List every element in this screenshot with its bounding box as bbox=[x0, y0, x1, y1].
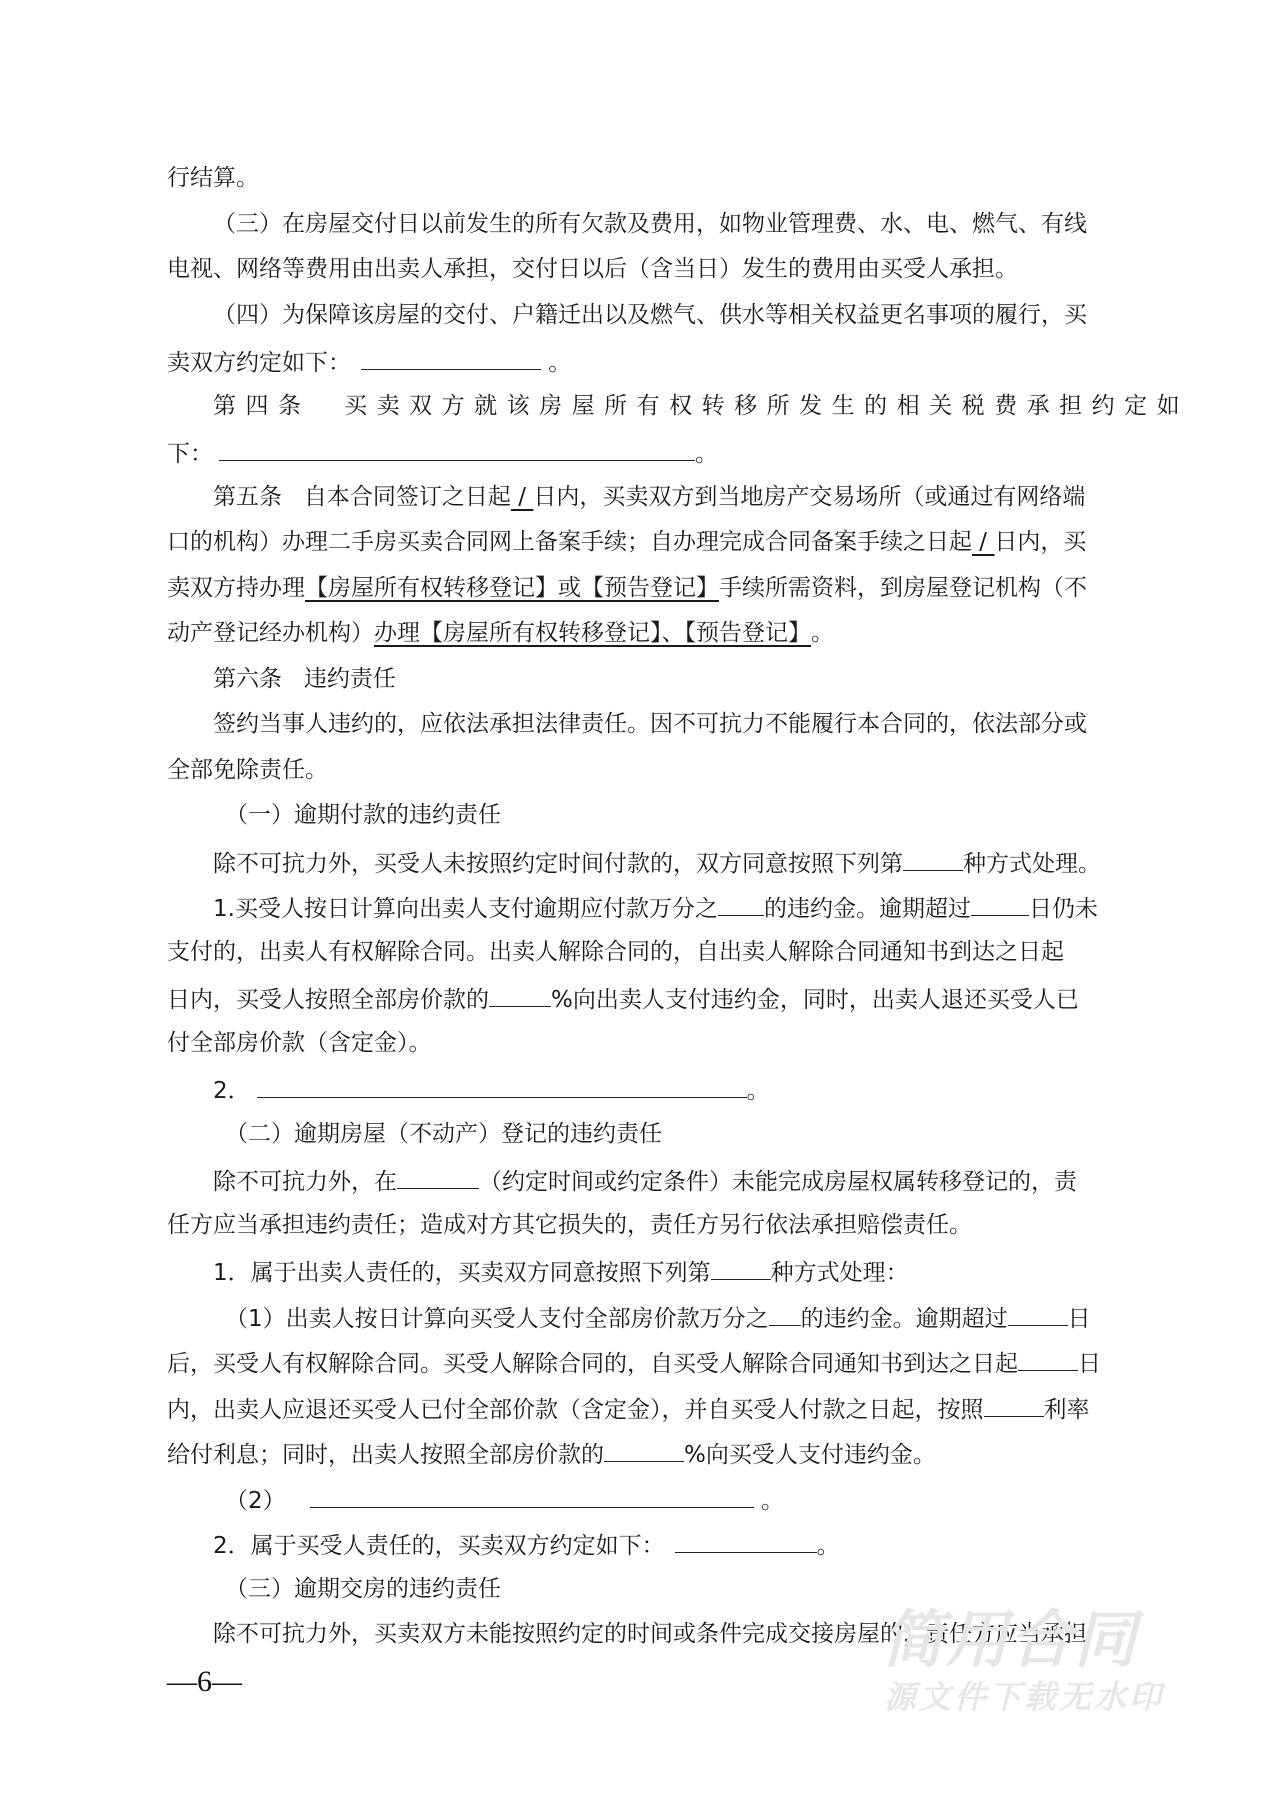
watermark-subtitle: 源文件下载无水印 bbox=[884, 1672, 1164, 1718]
text-segment: 。 bbox=[695, 437, 718, 471]
text-segment: 1.买受人按日计算向出卖人支付逾期应付款万分之 bbox=[213, 892, 718, 926]
text-segment: %向出卖人支付违约金，同时，出卖人退还买受人已 bbox=[551, 983, 1079, 1017]
fill-in-blank[interactable] bbox=[310, 1481, 754, 1508]
text-line: 第五条 自本合同签订之日起 / 日内，买卖双方到当地房产交易场所（或通过有网络端 bbox=[167, 480, 1113, 514]
text-segment: 除不可抗力外，买受人未按照约定时间付款的，双方同意按照下列第 bbox=[213, 847, 903, 881]
text-line: （2） 。 bbox=[167, 1481, 1113, 1515]
text-line: （三）逾期交房的违约责任 bbox=[167, 1572, 1113, 1606]
text-line: 卖双方持办理【房屋所有权转移登记】或【预告登记】手续所需资料，到房屋登记机构（不 bbox=[167, 571, 1113, 605]
fill-in-blank[interactable] bbox=[361, 343, 541, 370]
text-segment: 动产登记经办机构） bbox=[167, 616, 374, 650]
text-line: 1．属于出卖人责任的，买卖双方同意按照下列第种方式处理： bbox=[167, 1253, 1113, 1287]
text-segment: %向买受人支付违约金。 bbox=[684, 1438, 936, 1472]
text-segment: 除不可抗力外，在 bbox=[213, 1165, 397, 1199]
fill-in-blank[interactable] bbox=[257, 1071, 747, 1098]
text-segment: 的违约金。逾期超过 bbox=[801, 1302, 1008, 1336]
text-segment: 卖双方约定如下： bbox=[167, 346, 351, 380]
page-number: —6— bbox=[167, 1665, 242, 1699]
text-segment: （约定时间或约定条件）未能完成房屋权属转移登记的，责 bbox=[479, 1165, 1077, 1199]
text-segment: 。 bbox=[811, 616, 834, 650]
underlined-text: / bbox=[972, 525, 994, 559]
text-segment: 。 bbox=[817, 1529, 840, 1563]
text-line: 第四条 买卖双方就该房屋所有权转移所发生的相关税费承担约定如 bbox=[167, 389, 1113, 423]
text-line: 签约当事人违约的，应依法承担法律责任。因不可抗力不能履行本合同的，依法部分或 bbox=[167, 707, 1113, 741]
text-line: 1.买受人按日计算向出卖人支付逾期应付款万分之的违约金。逾期超过日仍未 bbox=[167, 889, 1113, 923]
text-line: 下：。 bbox=[167, 434, 1113, 468]
text-segment: （一）逾期付款的违约责任 bbox=[225, 798, 501, 832]
fill-in-blank[interactable] bbox=[397, 1162, 479, 1189]
text-segment: 第四条 买卖双方就该房屋所有权转移所发生的相关税费承担约定如 bbox=[213, 389, 1189, 423]
text-segment: 日 bbox=[1078, 1347, 1101, 1381]
text-segment: 卖双方持办理 bbox=[167, 571, 305, 605]
fill-in-blank[interactable] bbox=[1008, 1299, 1068, 1326]
text-segment: 第六条 违约责任 bbox=[213, 662, 396, 696]
fill-in-blank[interactable] bbox=[1018, 1344, 1078, 1371]
text-segment: 全部免除责任。 bbox=[167, 753, 328, 787]
text-segment: 后，买受人有权解除合同。买受人解除合同的，自买受人解除合同通知书到达之日起 bbox=[167, 1347, 1018, 1381]
text-line: （1）出卖人按日计算向买受人支付全部房价款万分之的违约金。逾期超过日 bbox=[167, 1299, 1113, 1333]
text-line: 行结算。 bbox=[167, 161, 1113, 195]
text-segment: 。 bbox=[541, 346, 571, 380]
text-line: （三）在房屋交付日以前发生的所有欠款及费用，如物业管理费、水、电、燃气、有线 bbox=[167, 207, 1113, 241]
text-line: 除不可抗力外，买受人未按照约定时间付款的，双方同意按照下列第种方式处理。 bbox=[167, 844, 1113, 878]
text-segment: 日 bbox=[1068, 1302, 1091, 1336]
text-segment: 的违约金。逾期超过 bbox=[764, 892, 971, 926]
fill-in-blank[interactable] bbox=[903, 844, 963, 871]
text-line: （一）逾期付款的违约责任 bbox=[167, 798, 1113, 832]
text-segment: 支付的，出卖人有权解除合同。出卖人解除合同的，自出卖人解除合同通知书到达之日起 bbox=[167, 935, 1064, 969]
text-line: 全部免除责任。 bbox=[167, 753, 1113, 787]
text-segment: 除不可抗力外，买卖双方未能按照约定的时间或条件完成交接房屋的，责任方应当承担 bbox=[213, 1617, 1087, 1651]
text-segment: 内，出卖人应退还买受人已付全部价款（含定金），并自买受人付款之日起，按照 bbox=[167, 1393, 984, 1427]
text-segment: 种方式处理。 bbox=[963, 847, 1101, 881]
text-line: 2．属于买受人责任的，买卖双方约定如下：。 bbox=[167, 1526, 1113, 1560]
text-segment: 第五条 自本合同签订之日起 bbox=[213, 480, 511, 514]
text-segment: 给付利息；同时，出卖人按照全部房价款的 bbox=[167, 1438, 604, 1472]
text-segment: 利率 bbox=[1044, 1393, 1090, 1427]
fill-in-blank[interactable] bbox=[489, 980, 551, 1007]
text-segment: 2．属于买受人责任的，买卖双方约定如下： bbox=[213, 1529, 665, 1563]
text-segment: （三）逾期交房的违约责任 bbox=[225, 1572, 501, 1606]
fill-in-blank[interactable] bbox=[219, 434, 695, 461]
text-line: 电视、网络等费用由出卖人承担，交付日以后（含当日）发生的费用由买受人承担。 bbox=[167, 252, 1113, 286]
text-line: （四）为保障该房屋的交付、户籍迁出以及燃气、供水等相关权益更名事项的履行，买 bbox=[167, 298, 1113, 332]
text-line: 给付利息；同时，出卖人按照全部房价款的%向买受人支付违约金。 bbox=[167, 1435, 1113, 1469]
fill-in-blank[interactable] bbox=[984, 1390, 1044, 1417]
text-segment: 任方应当承担违约责任；造成对方其它损失的，责任方另行依法承担赔偿责任。 bbox=[167, 1208, 972, 1242]
text-line: 口的机构）办理二手房买卖合同网上备案手续；自办理完成合同备案手续之日起 / 日内… bbox=[167, 525, 1113, 559]
text-segment: 日内，买受人按照全部房价款的 bbox=[167, 983, 489, 1017]
text-line: 2．。 bbox=[167, 1071, 1113, 1105]
text-segment: 行结算。 bbox=[167, 161, 259, 195]
text-segment: 口的机构）办理二手房买卖合同网上备案手续；自办理完成合同备案手续之日起 bbox=[167, 525, 972, 559]
text-segment: 签约当事人违约的，应依法承担法律责任。因不可抗力不能履行本合同的，依法部分或 bbox=[213, 707, 1087, 741]
text-line: 后，买受人有权解除合同。买受人解除合同的，自买受人解除合同通知书到达之日起日 bbox=[167, 1344, 1113, 1378]
text-line: （二）逾期房屋（不动产）登记的违约责任 bbox=[167, 1117, 1113, 1151]
text-segment: 电视、网络等费用由出卖人承担，交付日以后（含当日）发生的费用由买受人承担。 bbox=[167, 252, 1018, 286]
text-line: 除不可抗力外，买卖双方未能按照约定的时间或条件完成交接房屋的，责任方应当承担 bbox=[167, 1617, 1113, 1651]
text-segment: （三）在房屋交付日以前发生的所有欠款及费用，如物业管理费、水、电、燃气、有线 bbox=[213, 207, 1087, 241]
text-line: 内，出卖人应退还买受人已付全部价款（含定金），并自买受人付款之日起，按照利率 bbox=[167, 1390, 1113, 1424]
fill-in-blank[interactable] bbox=[604, 1435, 684, 1462]
text-segment: （四）为保障该房屋的交付、户籍迁出以及燃气、供水等相关权益更名事项的履行，买 bbox=[213, 298, 1087, 332]
text-segment: 付全部房价款（含定金）。 bbox=[167, 1026, 432, 1060]
text-line: 动产登记经办机构）办理【房屋所有权转移登记】、【预告登记】。 bbox=[167, 616, 1113, 650]
text-segment: 种方式处理： bbox=[771, 1256, 909, 1290]
fill-in-blank[interactable] bbox=[769, 1299, 801, 1326]
underlined-text: 办理【房屋所有权转移登记】、【预告登记】 bbox=[374, 616, 811, 650]
text-segment: 。 bbox=[747, 1074, 770, 1108]
text-line: 卖双方约定如下： 。 bbox=[167, 343, 1113, 377]
text-segment: 1．属于出卖人责任的，买卖双方同意按照下列第 bbox=[213, 1256, 711, 1290]
text-segment: 。 bbox=[754, 1484, 784, 1518]
document-page: 行结算。（三）在房屋交付日以前发生的所有欠款及费用，如物业管理费、水、电、燃气、… bbox=[0, 0, 1280, 1810]
fill-in-blank[interactable] bbox=[675, 1526, 817, 1553]
text-line: 支付的，出卖人有权解除合同。出卖人解除合同的，自出卖人解除合同通知书到达之日起 bbox=[167, 935, 1113, 969]
text-segment: 下： bbox=[167, 437, 213, 471]
text-segment: 日内，买卖双方到当地房产交易场所（或通过有网络端 bbox=[533, 480, 1085, 514]
underlined-text: / bbox=[511, 480, 533, 514]
text-segment: （2） bbox=[225, 1484, 286, 1518]
text-segment: 2． bbox=[213, 1074, 251, 1108]
text-segment: 手续所需资料，到房屋登记机构（不 bbox=[719, 571, 1087, 605]
text-line: 第六条 违约责任 bbox=[167, 662, 1113, 696]
underlined-text: 【房屋所有权转移登记】或【预告登记】 bbox=[305, 571, 719, 605]
text-segment: 日内，买 bbox=[994, 525, 1086, 559]
text-line: 任方应当承担违约责任；造成对方其它损失的，责任方另行依法承担赔偿责任。 bbox=[167, 1208, 1113, 1242]
text-segment: （二）逾期房屋（不动产）登记的违约责任 bbox=[225, 1117, 662, 1151]
text-line: 除不可抗力外，在（约定时间或约定条件）未能完成房屋权属转移登记的，责 bbox=[167, 1162, 1113, 1196]
text-line: 日内，买受人按照全部房价款的%向出卖人支付违约金，同时，出卖人退还买受人已 bbox=[167, 980, 1113, 1014]
text-segment: （1）出卖人按日计算向买受人支付全部房价款万分之 bbox=[225, 1302, 769, 1336]
text-line: 付全部房价款（含定金）。 bbox=[167, 1026, 1113, 1060]
fill-in-blank[interactable] bbox=[718, 889, 764, 916]
text-segment: 日仍未 bbox=[1029, 892, 1098, 926]
fill-in-blank[interactable] bbox=[971, 889, 1029, 916]
fill-in-blank[interactable] bbox=[711, 1253, 771, 1280]
